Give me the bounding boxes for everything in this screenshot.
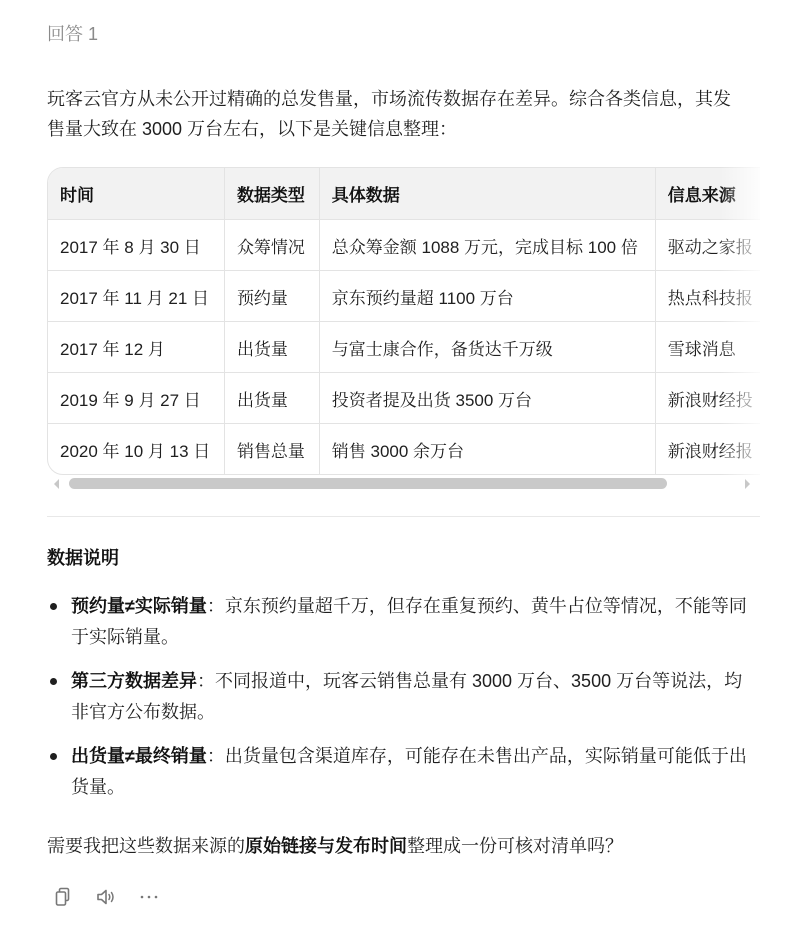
cell-time: 2020 年 10 月 13 日	[48, 424, 224, 475]
question-text-bold: 原始链接与发布时间	[245, 836, 407, 856]
scrollbar-thumb[interactable]	[69, 478, 667, 489]
note-separator: ：	[207, 596, 225, 616]
cell-detail: 总众筹金额 1088 万元，完成目标 100 倍	[319, 220, 655, 271]
note-separator: ：	[207, 746, 225, 766]
cell-source: 驱动之家报	[655, 220, 760, 271]
copy-icon	[54, 887, 72, 907]
cell-data-type: 出货量	[224, 373, 319, 424]
cell-time: 2017 年 8 月 30 日	[48, 220, 224, 271]
cell-time: 2019 年 9 月 27 日	[48, 373, 224, 424]
bullet-icon	[50, 753, 57, 760]
data-table-frame: 时间 数据类型 具体数据 信息来源 2017 年 8 月 30 日 众筹情况 总…	[47, 167, 760, 475]
cell-data-type: 预约量	[224, 271, 319, 322]
cell-source: 热点科技报	[655, 271, 760, 322]
copy-button[interactable]	[51, 885, 75, 909]
cell-source: 雪球消息	[655, 322, 760, 373]
table-row: 2017 年 8 月 30 日 众筹情况 总众筹金额 1088 万元，完成目标 …	[48, 220, 760, 271]
more-options-button[interactable]	[137, 885, 161, 909]
list-item: 第三方数据差异：不同报道中，玩客云销售总量有 3000 万台、3500 万台等说…	[47, 666, 760, 728]
notes-list: 预约量≠实际销量：京东预约量超千万，但存在重复预约、黄牛占位等情况，不能等同于实…	[47, 591, 760, 816]
list-item: 出货量≠最终销量：出货量包含渠道库存，可能存在未售出产品，实际销量可能低于出货量…	[47, 741, 760, 803]
header-source: 信息来源	[655, 168, 760, 220]
read-aloud-button[interactable]	[94, 885, 118, 909]
answer-label: 回答 1	[47, 22, 98, 46]
header-time: 时间	[48, 168, 224, 220]
cell-source: 新浪财经报	[655, 424, 760, 475]
table-scroll-container[interactable]: 时间 数据类型 具体数据 信息来源 2017 年 8 月 30 日 众筹情况 总…	[47, 167, 760, 475]
note-term: 预约量≠实际销量	[71, 596, 207, 616]
section-divider	[47, 516, 760, 517]
question-text-after: 整理成一份可核对清单吗？	[407, 836, 623, 856]
header-detail: 具体数据	[319, 168, 655, 220]
cell-time: 2017 年 11 月 21 日	[48, 271, 224, 322]
intro-paragraph: 玩客云官方从未公开过精确的总发售量，市场流传数据存在差异。综合各类信息，其发售量…	[47, 84, 747, 144]
bullet-icon	[50, 603, 57, 610]
note-separator: ：	[197, 671, 215, 691]
cell-data-type: 出货量	[224, 322, 319, 373]
follow-up-question: 需要我把这些数据来源的原始链接与发布时间整理成一份可核对清单吗？	[47, 831, 623, 861]
data-table: 时间 数据类型 具体数据 信息来源 2017 年 8 月 30 日 众筹情况 总…	[48, 168, 760, 474]
section-title: 数据说明	[47, 545, 119, 571]
cell-data-type: 销售总量	[224, 424, 319, 475]
horizontal-scrollbar[interactable]	[47, 476, 760, 492]
scroll-left-arrow-icon[interactable]	[54, 479, 59, 489]
question-text-before: 需要我把这些数据来源的	[47, 836, 245, 856]
cell-detail: 与富士康合作，备货达千万级	[319, 322, 655, 373]
cell-source: 新浪财经投	[655, 373, 760, 424]
table-header-row: 时间 数据类型 具体数据 信息来源	[48, 168, 760, 220]
note-term: 第三方数据差异	[71, 671, 197, 691]
speaker-icon	[95, 887, 117, 907]
table-row: 2017 年 11 月 21 日 预约量 京东预约量超 1100 万台 热点科技…	[48, 271, 760, 322]
table-row: 2017 年 12 月 出货量 与富士康合作，备货达千万级 雪球消息	[48, 322, 760, 373]
cell-detail: 投资者提及出货 3500 万台	[319, 373, 655, 424]
action-bar	[51, 884, 180, 910]
table-row: 2020 年 10 月 13 日 销售总量 销售 3000 余万台 新浪财经报	[48, 424, 760, 475]
list-item: 预约量≠实际销量：京东预约量超千万，但存在重复预约、黄牛占位等情况，不能等同于实…	[47, 591, 760, 653]
cell-data-type: 众筹情况	[224, 220, 319, 271]
cell-detail: 京东预约量超 1100 万台	[319, 271, 655, 322]
scroll-right-arrow-icon[interactable]	[745, 479, 750, 489]
bullet-icon	[50, 678, 57, 685]
more-icon	[138, 887, 160, 907]
cell-time: 2017 年 12 月	[48, 322, 224, 373]
table-row: 2019 年 9 月 27 日 出货量 投资者提及出货 3500 万台 新浪财经…	[48, 373, 760, 424]
cell-detail: 销售 3000 余万台	[319, 424, 655, 475]
header-data-type: 数据类型	[224, 168, 319, 220]
note-term: 出货量≠最终销量	[71, 746, 207, 766]
